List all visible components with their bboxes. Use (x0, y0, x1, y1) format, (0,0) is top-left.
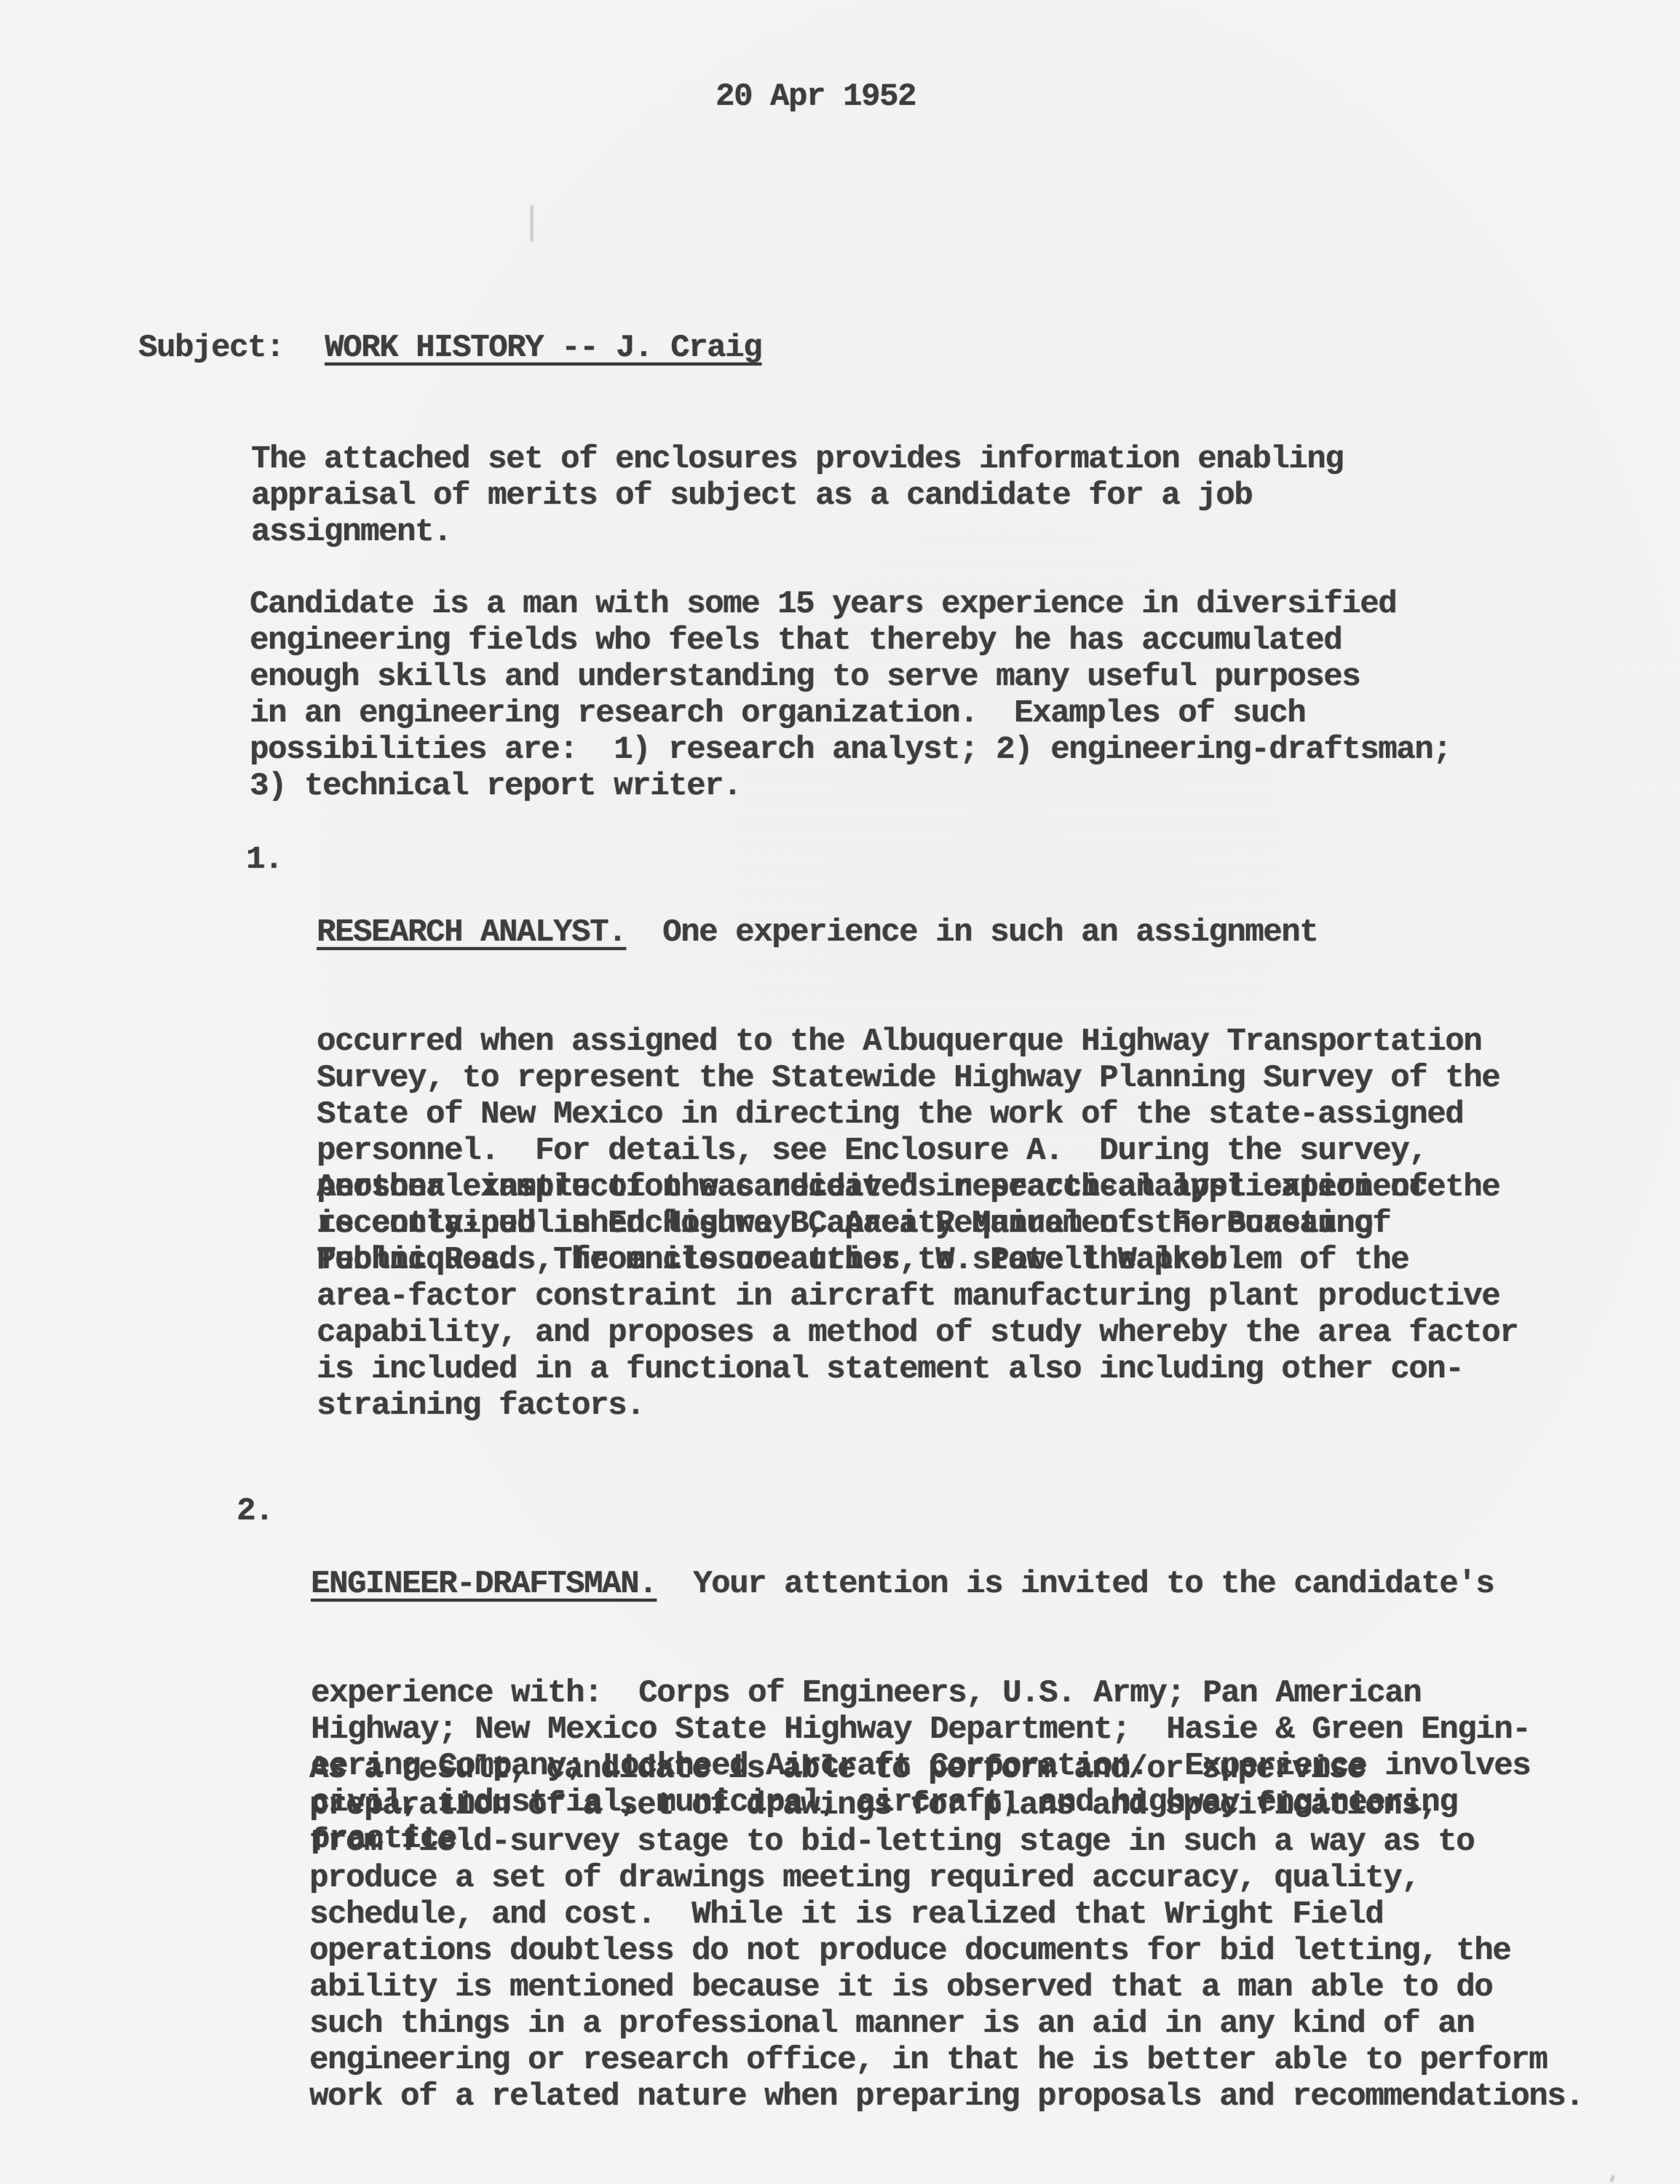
text-line: The attached set of enclosures provides … (251, 441, 1343, 478)
item-heading: ENGINEER-DRAFTSMAN. (311, 1566, 657, 1602)
paper-mark (531, 205, 533, 242)
text-line: assignment. (251, 514, 1343, 550)
text-line: ability is mentioned because it is obser… (309, 1969, 1583, 2006)
item-first-line: ENGINEER-DRAFTSMAN. Your attention is in… (311, 1566, 1530, 1602)
text-line: is included in a functional statement al… (317, 1351, 1518, 1388)
text-line: area-factor constraint in aircraft manuf… (317, 1278, 1518, 1315)
text-line: engineering or research office, in that … (309, 2042, 1583, 2078)
text-line: personnel. For details, see Enclosure A.… (317, 1133, 1499, 1169)
subject-line: Subject:WORK HISTORY -- J. Craig (66, 293, 761, 403)
text-line: Highway; New Mexico State Highway Depart… (311, 1712, 1530, 1748)
text-line: from field-survey stage to bid-letting s… (309, 1824, 1583, 1860)
text-line: Candidate is a man with some 15 years ex… (250, 586, 1451, 622)
research-analyst-followup-paragraph: Another example of the candidate's resea… (317, 1169, 1518, 1424)
text-line: preparation of a set of drawings for pla… (309, 1787, 1583, 1824)
text-line: such things in a professional manner is … (309, 2006, 1583, 2042)
document-date: 20 Apr 1952 (716, 79, 916, 115)
text-line: Techniques. The enclosure tries to state… (317, 1242, 1518, 1278)
candidate-paragraph: Candidate is a man with some 15 years ex… (250, 586, 1451, 804)
text-line: occurred when assigned to the Albuquerqu… (317, 1024, 1499, 1060)
paper-speck (1610, 2175, 1615, 2183)
item-heading: RESEARCH ANALYST. (317, 914, 626, 951)
item-first-line-text: One experience in such an assignment (626, 914, 1318, 951)
text-line: Another example of the candidate's resea… (317, 1169, 1518, 1206)
text-line: 3) technical report writer. (250, 768, 1451, 804)
text-line: Survey, to represent the Statewide Highw… (317, 1060, 1499, 1096)
item-number: 1. (246, 842, 282, 878)
text-line: work of a related nature when preparing … (309, 2078, 1583, 2115)
text-line: As a result, candidate is able to perfor… (309, 1751, 1583, 1787)
text-line: enough skills and understanding to serve… (250, 659, 1451, 695)
text-line: produce a set of drawings meeting requir… (309, 1860, 1583, 1896)
text-line: in an engineering research organization.… (250, 695, 1451, 732)
engineer-draftsman-followup-paragraph: As a result, candidate is able to perfor… (309, 1751, 1583, 2115)
text-line: engineering fields who feels that thereb… (250, 622, 1451, 659)
text-line: State of New Mexico in directing the wor… (317, 1096, 1499, 1133)
typewritten-page: 20 Apr 1952 Subject:WORK HISTORY -- J. C… (0, 0, 1680, 2184)
text-line: possibilities are: 1) research analyst; … (250, 732, 1451, 768)
text-line: capability, and proposes a method of stu… (317, 1315, 1518, 1351)
subject-label: Subject: (138, 330, 284, 366)
subject-title: WORK HISTORY -- J. Craig (325, 330, 761, 366)
text-line: is contained in Enclosure B, Area Requir… (317, 1206, 1518, 1242)
item-number: 2. (237, 1493, 273, 1530)
intro-paragraph: The attached set of enclosures provides … (251, 441, 1343, 550)
text-line: experience with: Corps of Engineers, U.S… (311, 1675, 1530, 1712)
text-line: schedule, and cost. While it is realized… (309, 1896, 1583, 1933)
item-first-line: RESEARCH ANALYST. One experience in such… (317, 914, 1499, 951)
text-line: operations doubtless do not produce docu… (309, 1933, 1583, 1969)
text-line: straining factors. (317, 1388, 1518, 1424)
item-first-line-text: Your attention is invited to the candida… (657, 1566, 1494, 1602)
text-line: appraisal of merits of subject as a cand… (251, 478, 1343, 514)
